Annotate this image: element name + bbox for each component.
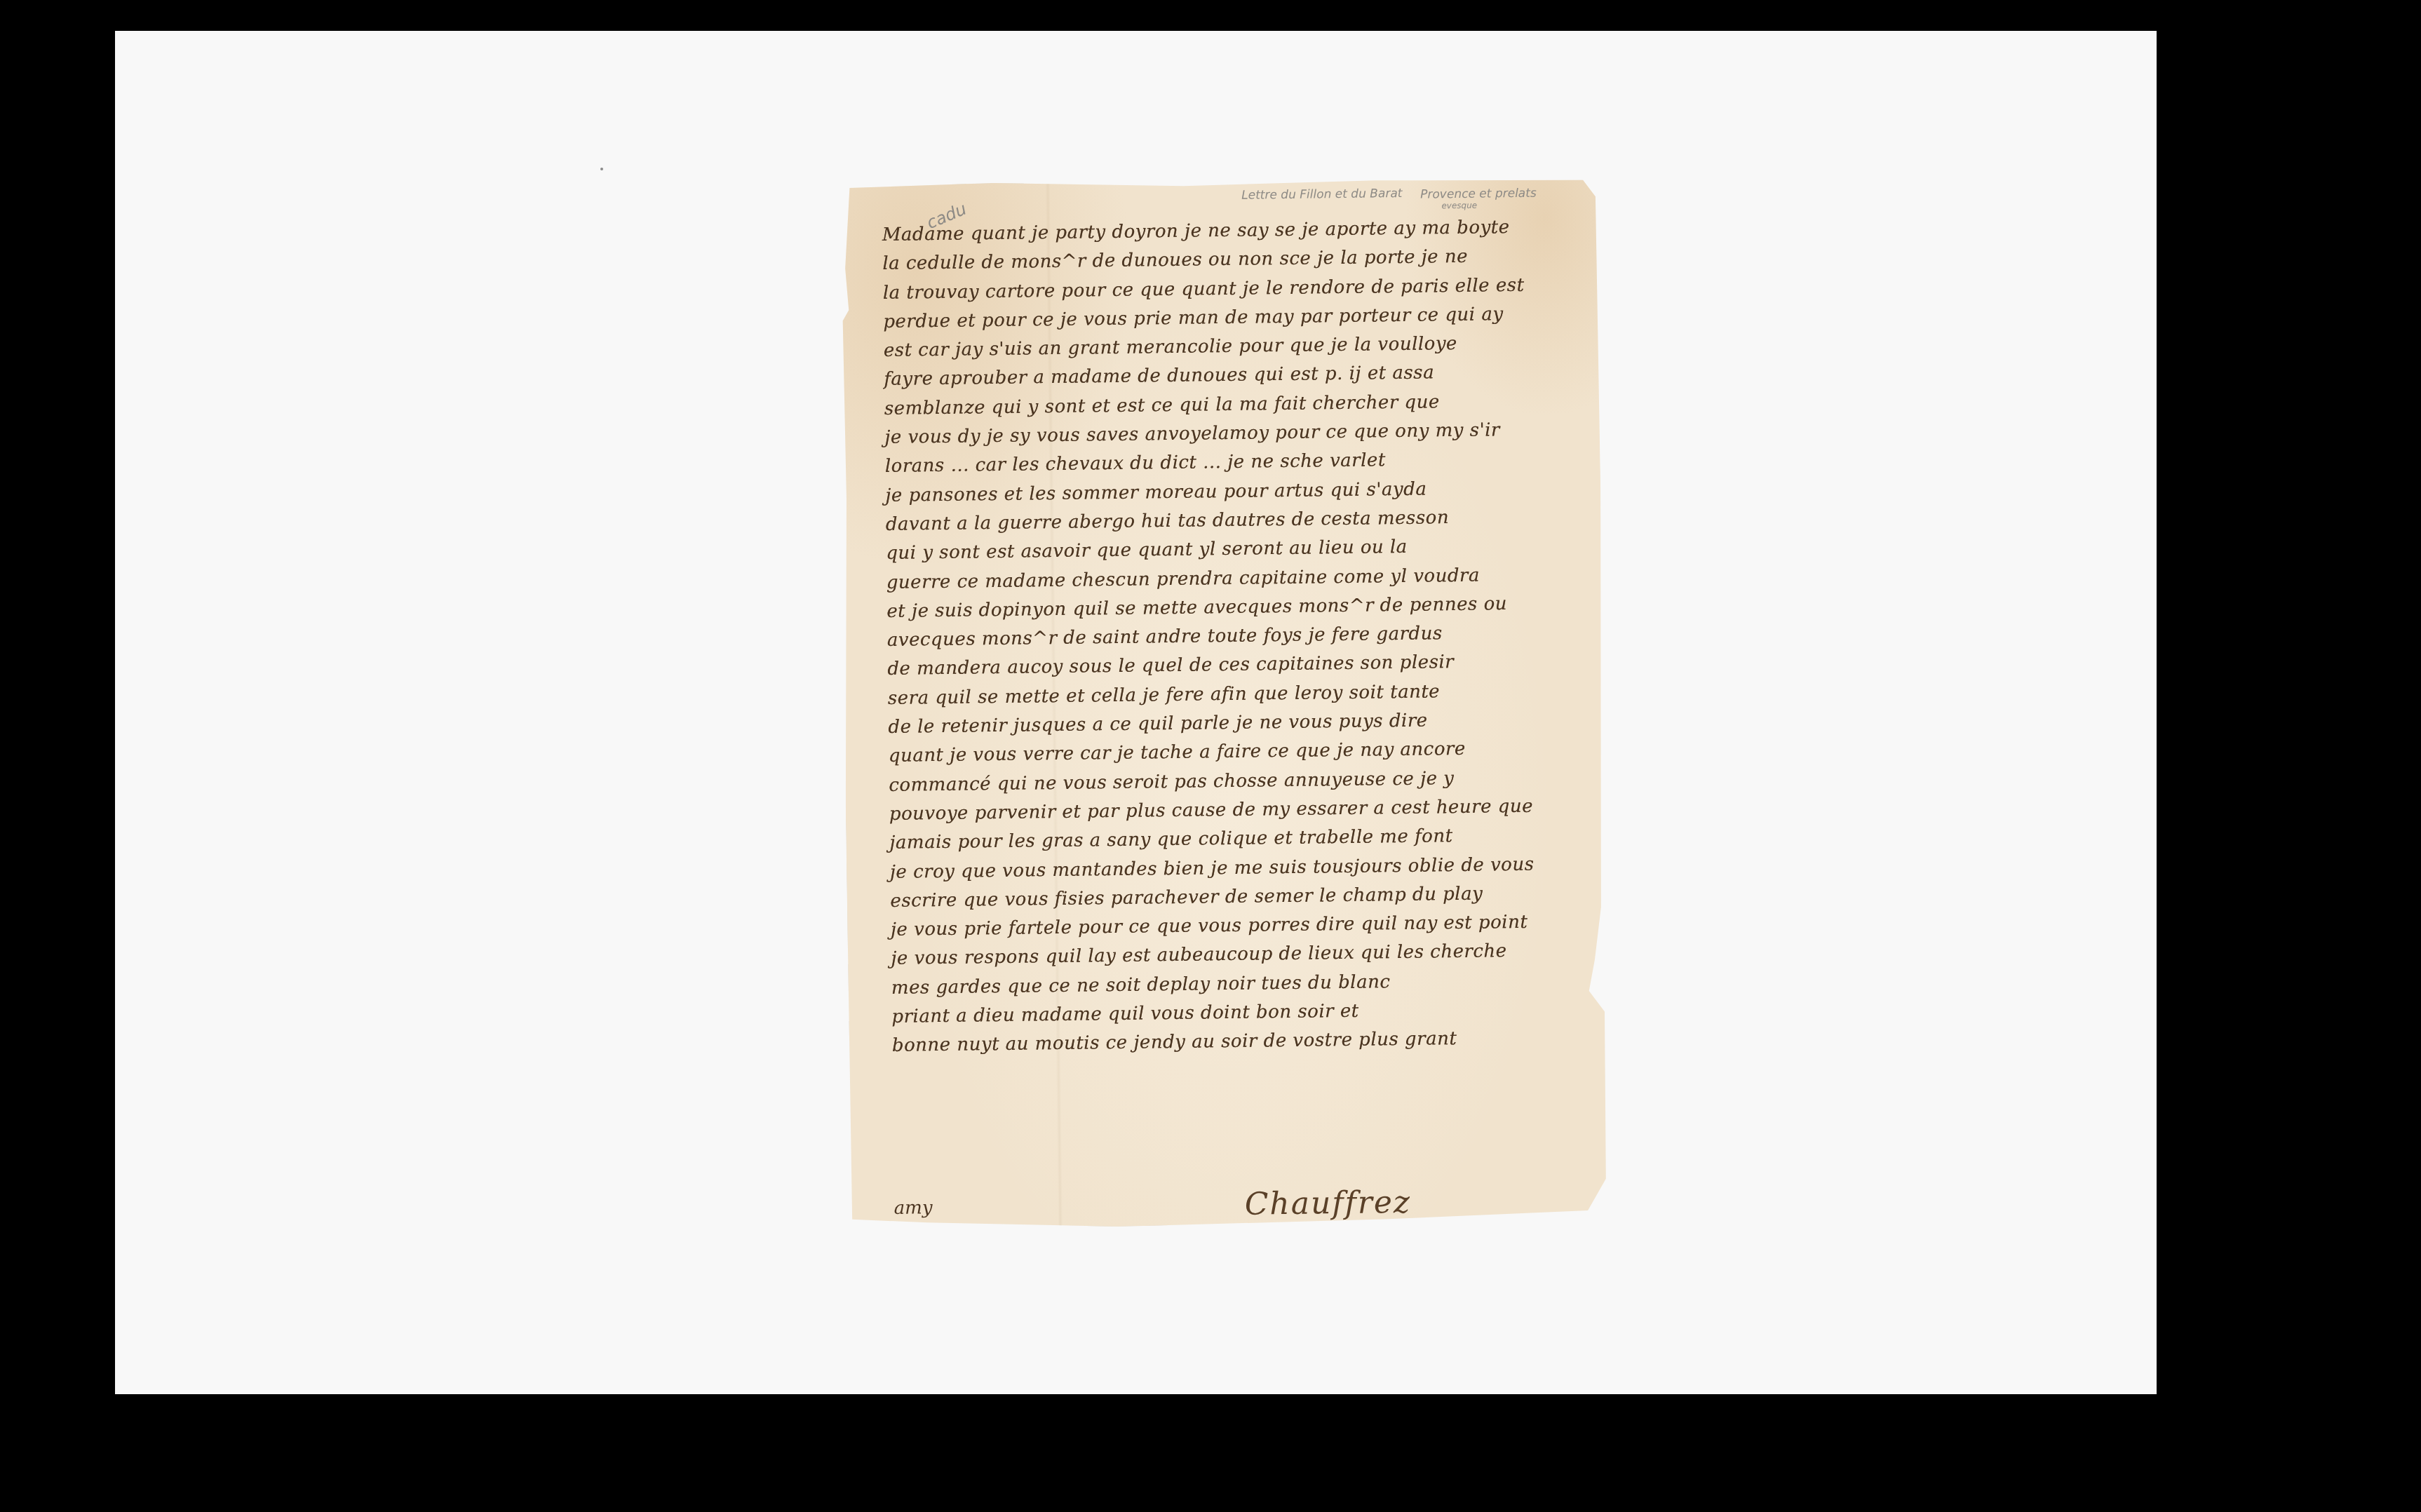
signature: Chauffrez bbox=[1244, 1184, 1411, 1222]
manuscript-page: Lettre du Fillon et du Barat Provence et… bbox=[838, 175, 1619, 1229]
image-viewer-canvas: Lettre du Fillon et du Barat Provence et… bbox=[115, 31, 2157, 1394]
archival-annotation-category: Provence et prelats bbox=[1420, 187, 1537, 202]
signature-block: amy Chauffrez bbox=[893, 1182, 1596, 1247]
archival-annotation-title: Lettre du Fillon et du Barat bbox=[1241, 187, 1402, 203]
closing-word: amy bbox=[894, 1197, 933, 1219]
archival-annotation-subcategory: evesque bbox=[1441, 201, 1477, 211]
letter-body: Madame quant je party doyron je ne say s… bbox=[882, 212, 1594, 1061]
dust-speck bbox=[600, 168, 603, 170]
